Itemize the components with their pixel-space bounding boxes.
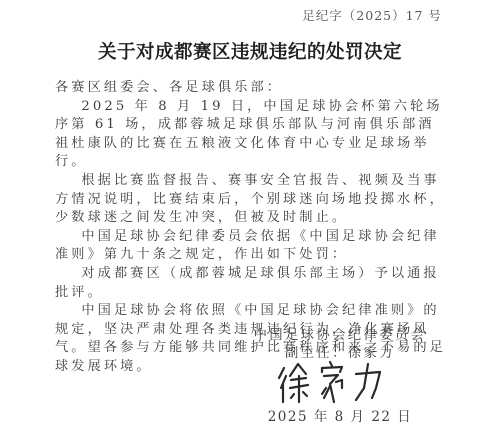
paragraph-penalty: 对成都赛区（成都蓉城足球俱乐部主场）予以通报批评。 [55, 265, 450, 302]
document-number: 足纪字（2025）17 号 [302, 6, 442, 24]
signing-date: 2025 年 8 月 22 日 [250, 405, 430, 425]
salutation: 各赛区组委会、各足球俱乐部： [55, 79, 450, 98]
signing-organization: 中国足球协会纪律委员会 [250, 324, 430, 343]
paragraph-match-info: 2025 年 8 月 19 日，中国足球协会杯第六轮场序第 61 场，成都蓉城足… [55, 98, 450, 172]
paragraph-incident: 根据比赛监督报告、赛事安全官报告、视频及当事方情况说明，比赛结束后，个别球迷向场… [55, 172, 450, 228]
document-title: 关于对成都赛区违规违纪的处罚决定 [0, 38, 500, 64]
handwritten-signature-icon [276, 358, 396, 404]
paragraph-basis: 中国足球协会纪律委员会依据《中国足球协会纪律准则》第九十条之规定，作出如下处罚： [55, 228, 450, 265]
